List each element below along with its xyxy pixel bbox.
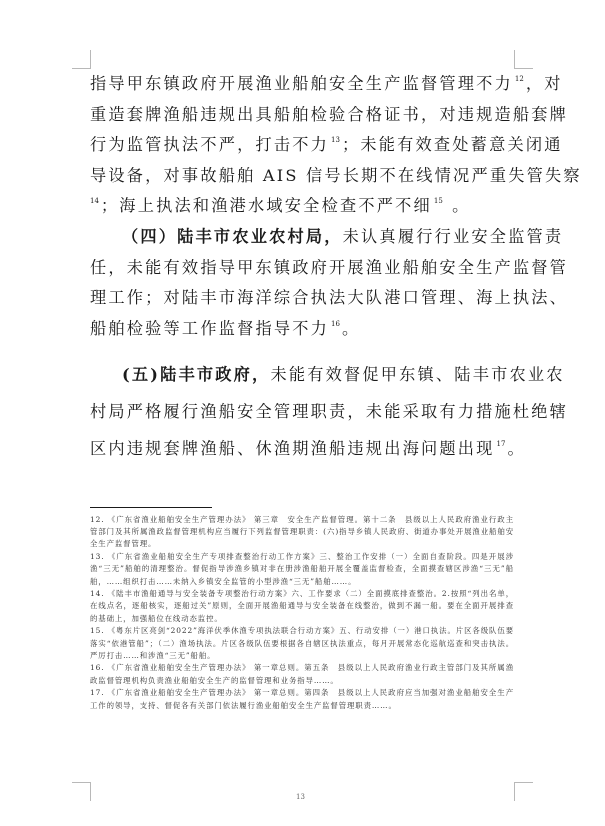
body-line: 指导甲东镇政府开展渔业船舶安全生产监督管理不力12，对 — [90, 69, 520, 100]
body-line: 任，未能有效指导甲东镇政府开展渔业船舶安全生产监督管 — [90, 253, 520, 284]
crop-mark-bottom-left — [72, 782, 91, 801]
body-line: 船舶检验等工作监督指导不力16。 — [90, 314, 520, 345]
crop-mark-bottom-right — [514, 782, 533, 801]
body-text: 指导甲东镇政府开展渔业船舶安全生产监督管理不力12，对 重造套牌渔船违规出具船舶… — [90, 69, 520, 467]
body-line: （四）陆丰市农业农村局，未认真履行行业安全监管责 — [90, 222, 520, 253]
body-line: 村局严格履行渔船安全管理职责，未能采取有力措施杜绝辖 — [90, 393, 520, 430]
page-number: 13 — [296, 793, 305, 801]
footnote-ref[interactable]: 12 — [515, 75, 524, 83]
section-heading: (五)陆丰市政府， — [122, 365, 270, 384]
footnote-15: 15. 《粤东片区亮剑“2022”海洋伏季休渔专项执法联合行动方案》五、行动安排… — [90, 625, 514, 662]
body-line: 14；海上执法和渔港水域安全检查不严不细15 。 — [90, 191, 520, 222]
footnote-17: 17. 《广东省渔业船舶安全生产管理办法》 第一章总则。第四条 县级以上人民政府… — [90, 687, 514, 711]
body-line: 区内违规套牌渔船、休渔期渔船违规出海问题出现17。 — [90, 430, 520, 467]
body-line: (五)陆丰市政府，未能有效督促甲东镇、陆丰市农业农 — [90, 356, 520, 393]
text-run: 船舶检验等工作监督指导不力 — [90, 319, 329, 338]
text-run: 。 — [342, 319, 360, 338]
footnote-ref[interactable]: 15 — [434, 197, 443, 205]
footnote-14: 14. 《陆丰市渔船通导与安全装备专项整治行动方案》六、工作要求（二）全面摸底排… — [90, 588, 514, 625]
body-line: 理工作；对陆丰市海洋综合执法大队港口管理、海上执法、 — [90, 283, 520, 314]
footnote-ref[interactable]: 17 — [497, 440, 506, 448]
crop-mark-top-left — [72, 50, 91, 69]
footnote-13: 13. 《广东省渔业船舶安全生产专项排查整治行动工作方案》三、整治工作安排（一）… — [90, 551, 514, 588]
text-run: 行为监管执法不严，打击不力 — [90, 135, 329, 154]
text-run: 。 — [507, 439, 525, 458]
body-line: 行为监管执法不严，打击不力13；未能有效查处蓄意关闭通 — [90, 130, 520, 161]
footnote-16: 16. 《广东省渔业船舶安全生产管理办法》 第一章总则。第五条 县级以上人民政府… — [90, 662, 514, 686]
text-run: ，对 — [526, 74, 563, 93]
footnote-12: 12. 《广东省渔业船舶安全生产管理办法》 第三章 安全生产监督管理。第十二条 … — [90, 514, 514, 551]
text-run: 指导甲东镇政府开展渔业船舶安全生产监督管理不力 — [90, 74, 513, 93]
paragraph-gap — [90, 344, 520, 356]
text-run: 。 — [445, 196, 471, 215]
text-run: ；海上执法和渔港水域安全检查不严不细 — [101, 196, 432, 215]
footnote-divider — [90, 507, 212, 508]
section-heading: （四）陆丰市农业农村局， — [122, 227, 343, 246]
crop-mark-top-right — [514, 50, 533, 69]
text-run: ；未能有效查处蓄意关闭通 — [342, 135, 563, 154]
body-line: 导设备，对事故船舶 AIS 信号长期不在线情况严重失管失察 — [90, 161, 520, 192]
footnote-ref[interactable]: 13 — [331, 136, 340, 144]
text-run: 未能有效督促甲东镇、陆丰市农业农 — [270, 365, 564, 384]
text-run: 区内违规套牌渔船、休渔期渔船违规出海问题出现 — [90, 439, 495, 458]
footnote-ref[interactable]: 16 — [331, 320, 340, 328]
text-run: 未认真履行行业安全监管责 — [343, 227, 564, 246]
footnote-ref[interactable]: 14 — [90, 197, 99, 205]
body-line: 重造套牌渔船违规出具船舶检验合格证书，对违规造船套牌 — [90, 100, 520, 131]
footnotes: 12. 《广东省渔业船舶安全生产管理办法》 第三章 安全生产监督管理。第十二条 … — [90, 514, 514, 712]
